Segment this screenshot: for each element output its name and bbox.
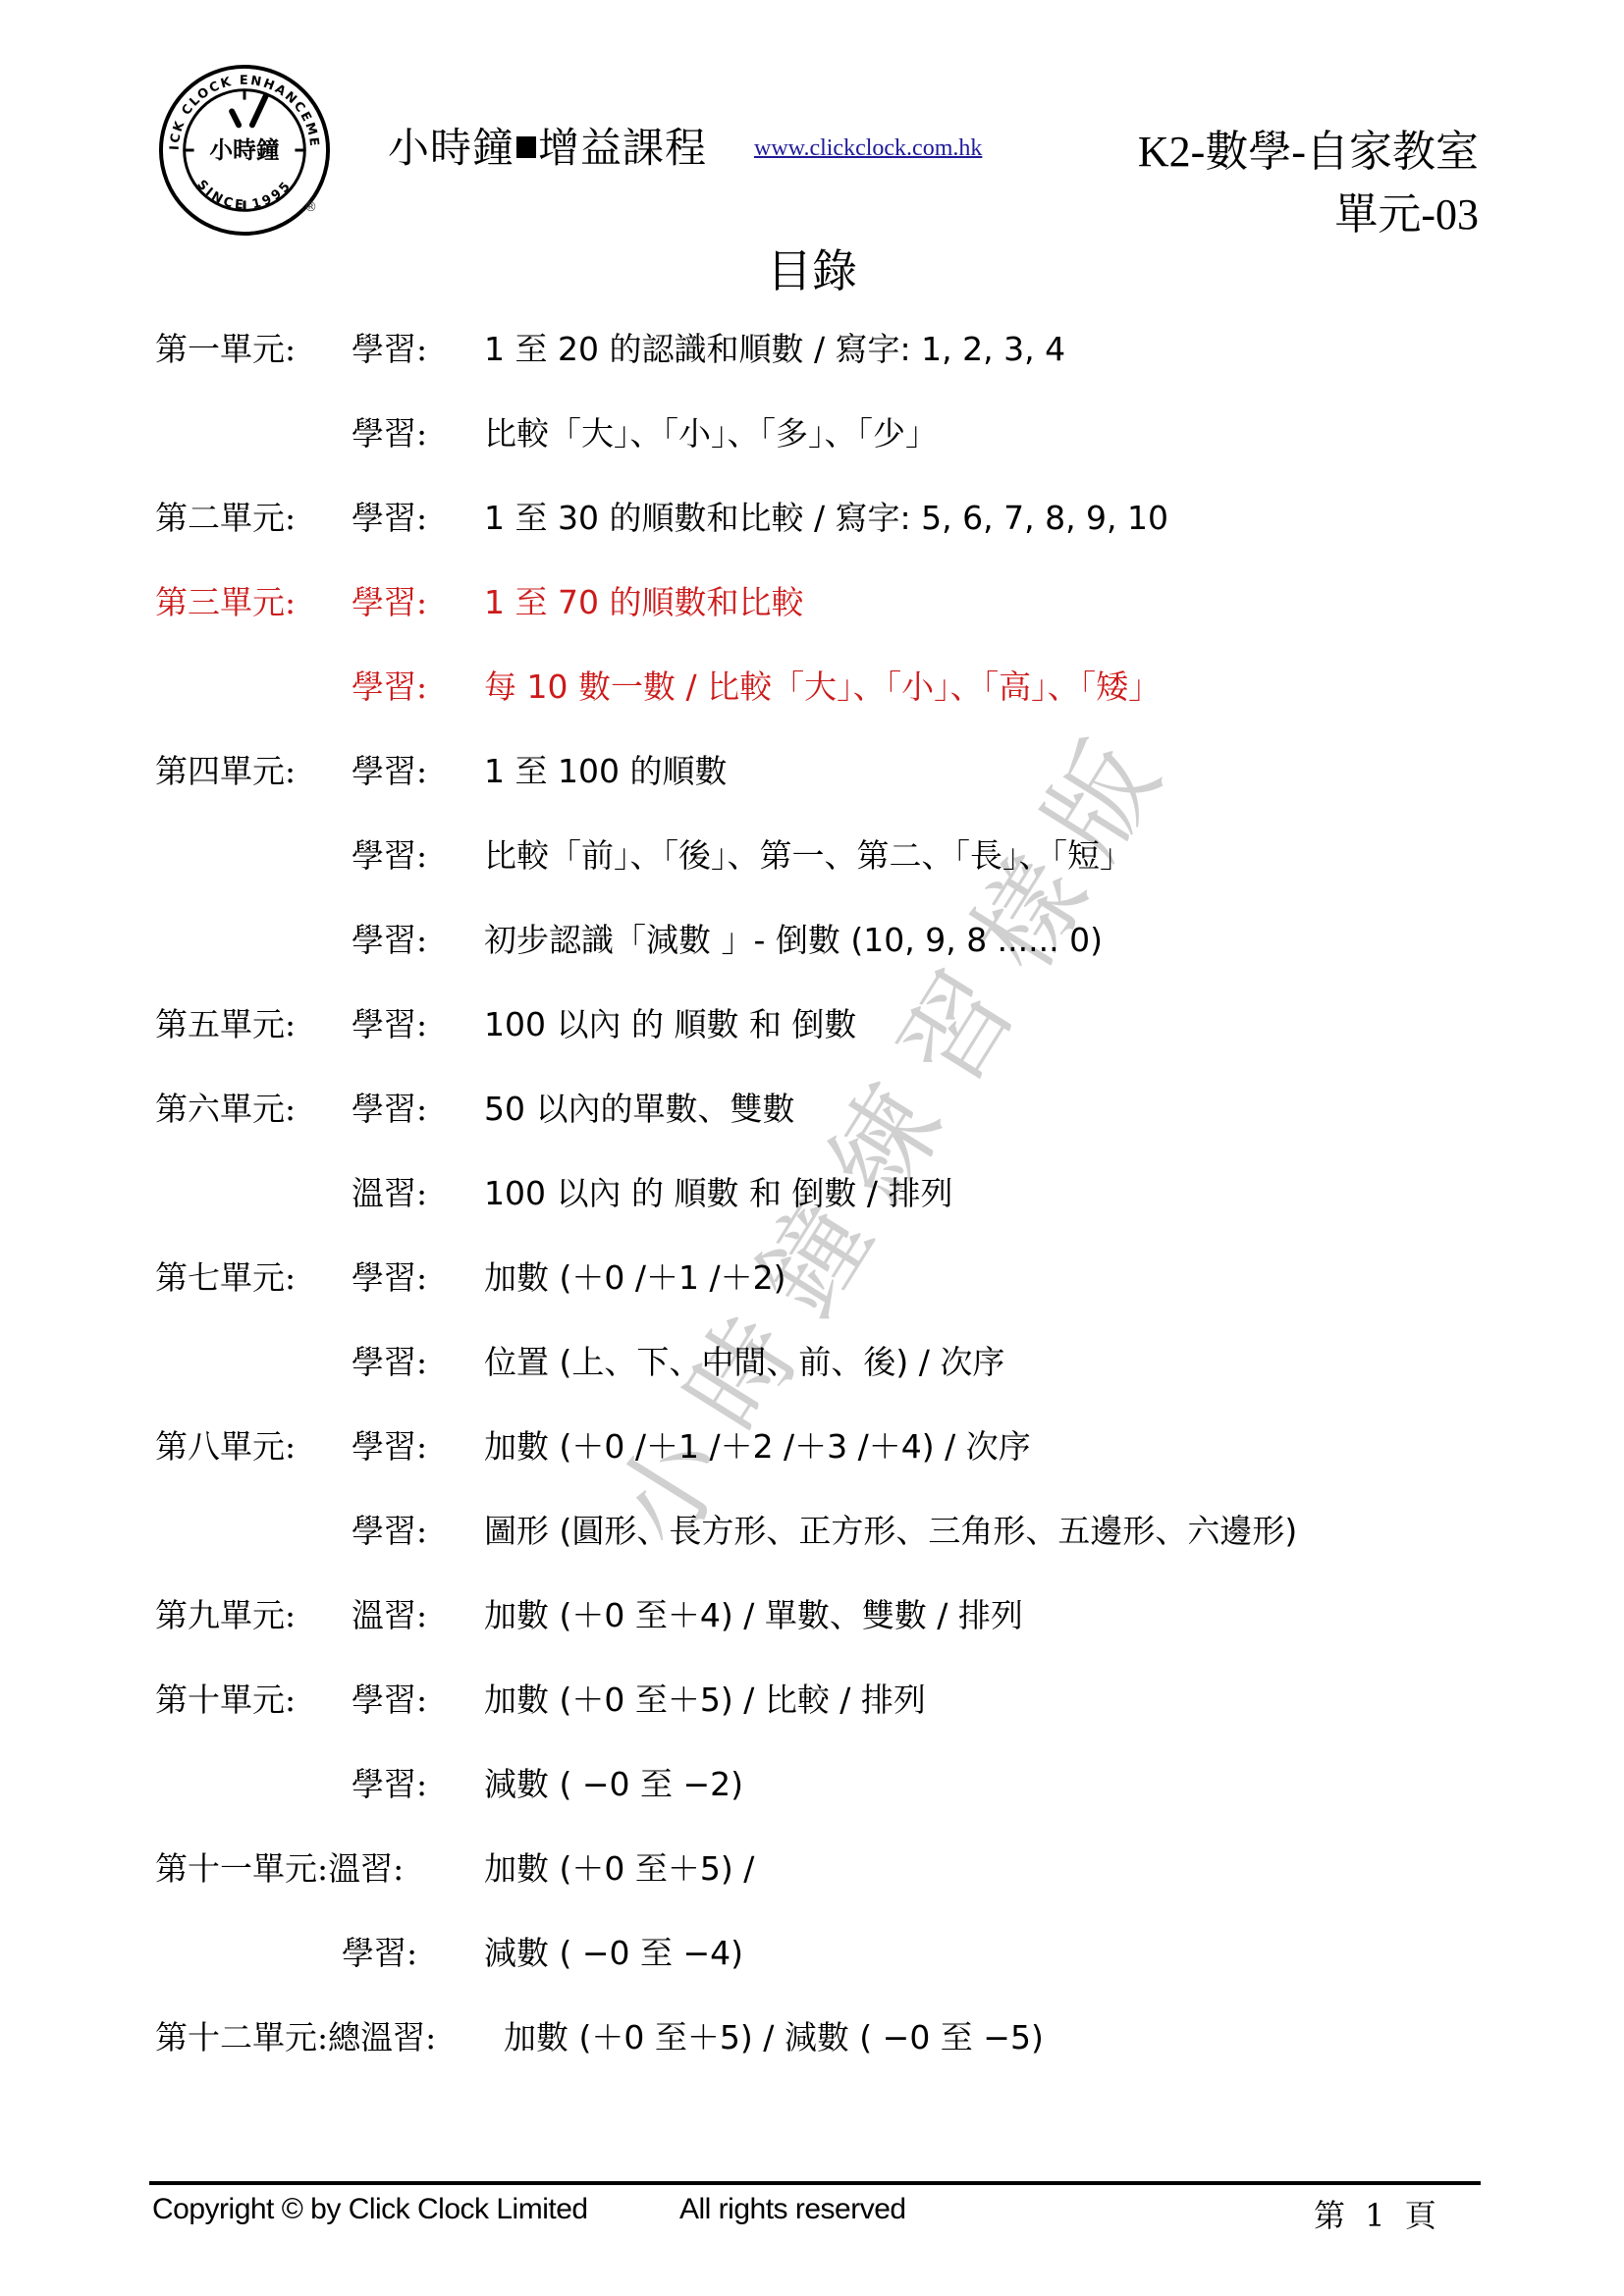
topic-text: 100 以內 的 順數 和 倒數 — [484, 999, 856, 1045]
topic-text: 100 以內 的 順數 和 倒數 / 排列 — [484, 1168, 953, 1214]
topic-text: 加數 (＋0 /＋1 /＋2 /＋3 /＋4) / 次序 — [484, 1421, 1031, 1468]
rights-text: All rights reserved — [679, 2193, 906, 2226]
svg-text:小時鐘: 小時鐘 — [209, 136, 279, 164]
topic-text: 減數 ( −0 至 −4) — [484, 1928, 743, 1974]
topic-text: 位置 (上、下、中間、前、後) / 次序 — [484, 1337, 1004, 1383]
activity-label: 學習: — [352, 493, 427, 539]
topic-text: 初步認識「減數 」- 倒數 (10, 9, 8 ...... 0) — [484, 915, 1103, 961]
activity-label: 溫習: — [352, 1168, 427, 1214]
activity-label: 學習: — [352, 1506, 427, 1552]
topic-text: 比較「前」、「後」、第一、第二、「長」、「短」 — [484, 830, 1132, 877]
unit-number: 第九單元: — [155, 1590, 296, 1636]
activity-label: 學習: — [352, 830, 427, 877]
activity-label: 學習: — [342, 1928, 417, 1974]
toc-title: 目錄 — [0, 236, 1624, 300]
topic-text: 加數 (＋0 /＋1 /＋2) — [484, 1253, 785, 1299]
square-separator-icon — [516, 136, 536, 158]
activity-label: 學習: — [352, 1084, 427, 1130]
topic-text: 加數 (＋0 至＋5) / — [484, 1843, 754, 1890]
unit-number: 第十一單元:溫習: — [155, 1843, 404, 1890]
activity-label: 學習: — [352, 1253, 427, 1299]
topic-text: 1 至 20 的認識和順數 / 寫字: 1, 2, 3, 4 — [484, 324, 1065, 370]
activity-label: 溫習: — [352, 1590, 427, 1636]
brand-program: 增益課程 — [538, 124, 707, 172]
topic-text: 加數 (＋0 至＋5) / 減數 ( −0 至 −5) — [504, 2012, 1044, 2058]
topic-text: 每 10 數一數 / 比較「大」、「小」、「高」、「矮」 — [484, 662, 1161, 708]
unit-number: 第七單元: — [155, 1253, 296, 1299]
unit-code: 單元-03 — [1334, 179, 1479, 241]
activity-label: 學習: — [352, 746, 427, 792]
brand-name: 小時鐘 — [388, 124, 514, 172]
footer-divider — [149, 2181, 1481, 2185]
topic-text: 加數 (＋0 至＋4) / 單數、雙數 / 排列 — [484, 1590, 1023, 1636]
unit-number: 第四單元: — [155, 746, 296, 792]
unit-number: 第十單元: — [155, 1675, 296, 1721]
brand-title: 小時鐘增益課程 — [388, 116, 707, 175]
unit-number: 第八單元: — [155, 1421, 296, 1468]
activity-label: 學習: — [352, 1337, 427, 1383]
unit-number: 第三單元: — [155, 577, 296, 623]
unit-number: 第一單元: — [155, 324, 296, 370]
topic-text: 1 至 100 的順數 — [484, 746, 727, 792]
topic-text: 1 至 30 的順數和比較 / 寫字: 5, 6, 7, 8, 9, 10 — [484, 493, 1168, 539]
activity-label: 學習: — [352, 408, 427, 454]
activity-label: 學習: — [352, 1421, 427, 1468]
topic-text: 1 至 70 的順數和比較 — [484, 577, 803, 623]
page-number: 第 1 頁 — [1314, 2191, 1436, 2236]
unit-number: 第六單元: — [155, 1084, 296, 1130]
activity-label: 學習: — [352, 915, 427, 961]
topic-text: 減數 ( −0 至 −2) — [484, 1759, 743, 1805]
course-title: K2-數學-自家教室 — [1138, 116, 1479, 179]
activity-label: 學習: — [352, 324, 427, 370]
registered-mark: ® — [304, 200, 317, 215]
unit-number: 第十二單元:總溫習: — [155, 2012, 436, 2058]
activity-label: 學習: — [352, 1759, 427, 1805]
copyright-text: Copyright © by Click Clock Limited — [152, 2193, 588, 2226]
topic-text: 50 以內的單數、雙數 — [484, 1084, 794, 1130]
activity-label: 學習: — [352, 1675, 427, 1721]
topic-text: 圖形 (圓形、長方形、正方形、三角形、五邊形、六邊形) — [484, 1506, 1297, 1552]
activity-label: 學習: — [352, 577, 427, 623]
activity-label: 學習: — [352, 999, 427, 1045]
unit-number: 第五單元: — [155, 999, 296, 1045]
unit-number: 第二單元: — [155, 493, 296, 539]
website-link[interactable]: www.clickclock.com.hk — [754, 135, 982, 162]
document-page: CLICK CLOCK ENHANCEMENT SINCE 1995 小時鐘 ®… — [0, 0, 1624, 2296]
topic-text: 比較「大」、「小」、「多」、「少」 — [484, 408, 938, 454]
activity-label: 學習: — [352, 662, 427, 708]
topic-text: 加數 (＋0 至＋5) / 比較 / 排列 — [484, 1675, 926, 1721]
